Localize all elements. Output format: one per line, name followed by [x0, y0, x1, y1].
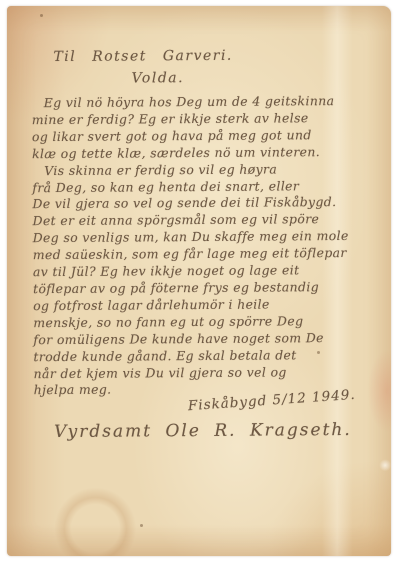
handwritten-text: Til Rotset Garveri. Volda. Eg vil nö höy… [5, 5, 393, 558]
letter-line: Eg vil nö höyra hos Deg um de 4 geitskin… [32, 93, 378, 112]
letter-line: De vil gjera so vel og sende dei til Fis… [32, 194, 378, 213]
recipient-place: Volda. [132, 70, 185, 86]
letter-line: med saüeskin, som eg får lage meg eit tö… [33, 245, 379, 264]
letter-paper: Til Rotset Garveri. Volda. Eg vil nö höy… [7, 6, 391, 556]
scanned-letter: Til Rotset Garveri. Volda. Eg vil nö höy… [0, 0, 400, 566]
signature: Vyrdsamt Ole R. Kragseth. [54, 420, 352, 442]
letter-body: Eg vil nö höyra hos Deg um de 4 geitskin… [32, 93, 380, 400]
recipient-line: Til Rotset Garveri. [53, 48, 233, 65]
